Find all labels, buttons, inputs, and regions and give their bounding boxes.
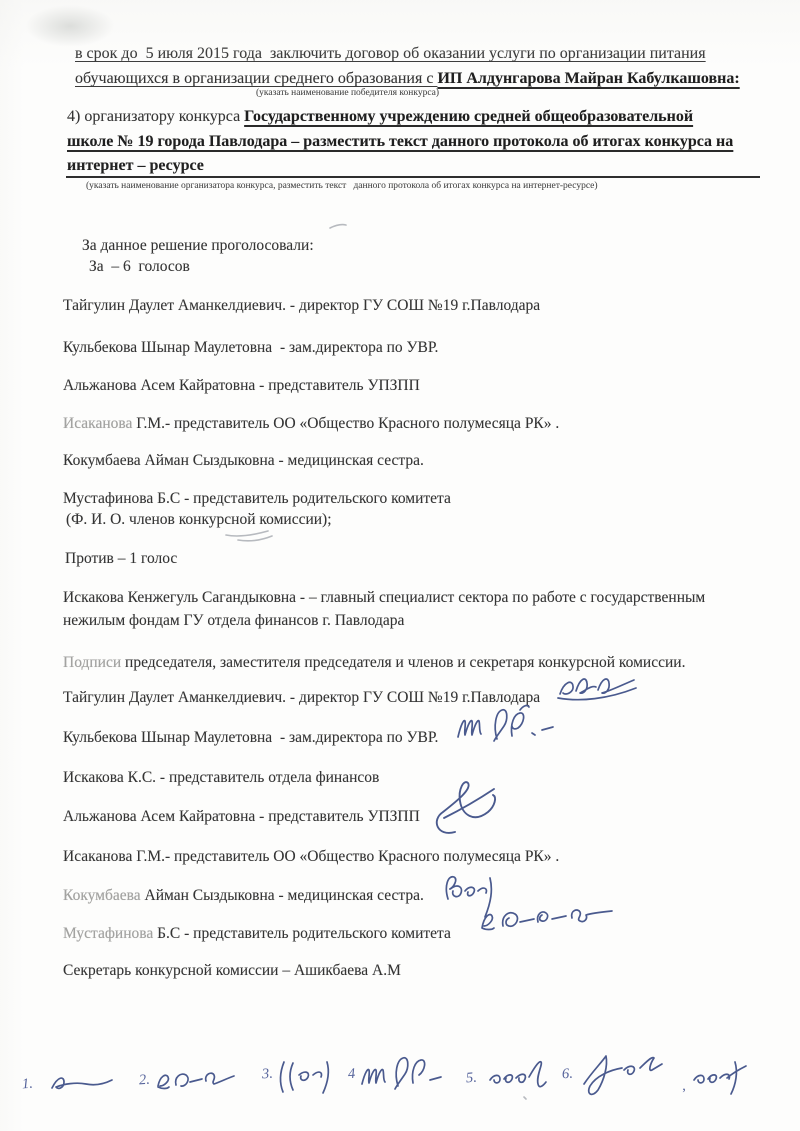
- pencil-dot: [524, 1097, 526, 1099]
- member-line: Кульбекова Шынар Маулетовна - зам.директ…: [63, 338, 438, 358]
- secretary-line: Секретарь конкурсной комиссии – Ашикбаев…: [63, 961, 401, 981]
- clause-line-2-regular: обучающихся в организации среднего образ…: [75, 70, 437, 87]
- organizer-caption: (указать наименование организатора конку…: [86, 181, 598, 192]
- signer-faded-name: Мустафинова: [63, 925, 153, 942]
- signer-line: Альжанова Асем Кайратовна - представител…: [63, 807, 420, 827]
- bottom-signature-number-2: 2.: [138, 1072, 150, 1090]
- voting-intro: За данное решение проголосовали:: [82, 236, 314, 256]
- bottom-signature-number-3: 3.: [261, 1066, 273, 1084]
- bottom-signature-number-6: 6.: [561, 1066, 573, 1084]
- signature-mustafinova: [482, 910, 612, 930]
- blank-underline-rule: [66, 176, 760, 178]
- bottom-signature-number-4: 4: [347, 1066, 355, 1083]
- signatures-heading-rest: председателя, заместителя председателя и…: [121, 654, 685, 671]
- signer-faded-name: Кокумбаева: [63, 887, 141, 904]
- member-line: Исаканова Г.М.- представитель ОО «Общест…: [63, 414, 559, 434]
- signer-line-rest: Айман Сыздыковна - медицинская сестра.: [141, 887, 424, 904]
- member-line: Тайгулин Даулет Аманкелдиевич. - директо…: [63, 296, 540, 316]
- bottom-signature-number-1: 1.: [21, 1076, 33, 1094]
- signature-kulbekova: [458, 706, 553, 741]
- signer-line-rest: Б.С - представитель родительского комите…: [153, 925, 451, 942]
- bottom-signature-6: [584, 1056, 662, 1094]
- item4-bold-2: школе № 19 города Павлодара – разместить…: [67, 132, 733, 152]
- voting-for-count: За – 6 голосов: [89, 257, 190, 277]
- signer-line: Искакова К.С. - представитель отдела фин…: [63, 768, 379, 788]
- signature-taygulin: [558, 679, 636, 700]
- item4-prefix: 4) организатору конкурса: [67, 108, 244, 125]
- signer-line: Тайгулин Даулет Аманкелдиевич. - директо…: [63, 688, 540, 708]
- winner-name: ИП Алдунгарова Майран Кабулкашовна:: [437, 70, 739, 87]
- bottom-signature-7: [694, 1062, 746, 1094]
- voting-against-count: Против – 1 голос: [65, 549, 177, 569]
- pencil-mark-arrow: [226, 531, 272, 541]
- bottom-signature-3: [280, 1062, 328, 1093]
- item4-line-1: 4) организатору конкурса Государственном…: [67, 107, 693, 127]
- signer-line: Исаканова Г.М.- представитель ОО «Общест…: [63, 847, 559, 867]
- winner-caption: (указать наименование победителя конкурс…: [256, 88, 439, 99]
- item4-bold-1: Государственному учреждению средней обще…: [244, 108, 693, 125]
- scanned-document-page: в срок до 5 июля 2015 года заключить дог…: [0, 0, 800, 1131]
- member-faded-name: Исаканова: [63, 415, 132, 432]
- against-member-line-1: Искакова Кенжегуль Сагандыковна - – глав…: [63, 588, 705, 608]
- item4-bold-3: интернет – ресурсе: [67, 156, 204, 176]
- signatures-heading: Подписи председателя, заместителя предсе…: [63, 653, 685, 673]
- signer-line: Кокумбаева Айман Сыздыковна - медицинска…: [63, 886, 424, 906]
- pencil-mark-small: [330, 225, 346, 228]
- signer-line: Кульбекова Шынар Маулетовна - зам.директ…: [63, 728, 438, 748]
- member-line: Кокумбаева Айман Сыздыковна - медицинска…: [63, 451, 424, 471]
- clause-line-1: в срок до 5 июля 2015 года заключить дог…: [75, 44, 706, 64]
- member-line: Альжанова Асем Кайратовна - представител…: [63, 376, 420, 396]
- member-line: Мустафинова Б.С - представитель родитель…: [63, 489, 451, 509]
- bottom-signature-number-5: 5.: [465, 1070, 477, 1088]
- bottom-signature-comma: ,: [681, 1078, 686, 1095]
- bottom-signature-4: [362, 1058, 441, 1089]
- signatures-heading-faded: Подписи: [63, 654, 121, 671]
- bottom-signature-5: [490, 1062, 546, 1087]
- fio-note: (Ф. И. О. членов конкурсной комиссии);: [66, 510, 332, 530]
- clause-line-2: обучающихся в организации среднего образ…: [75, 69, 740, 89]
- bottom-signature-1: [52, 1078, 112, 1088]
- signature-kokumbaeva: [446, 877, 491, 917]
- bottom-signature-2: [158, 1073, 234, 1088]
- signer-line: Мустафинова Б.С - представитель родитель…: [63, 924, 451, 944]
- member-line-rest: Г.М.- представитель ОО «Общество Красног…: [132, 415, 559, 432]
- signature-alzhanova: [437, 782, 495, 833]
- against-member-line-2: нежилым фондам ГУ отдела финансов г. Пав…: [63, 611, 404, 631]
